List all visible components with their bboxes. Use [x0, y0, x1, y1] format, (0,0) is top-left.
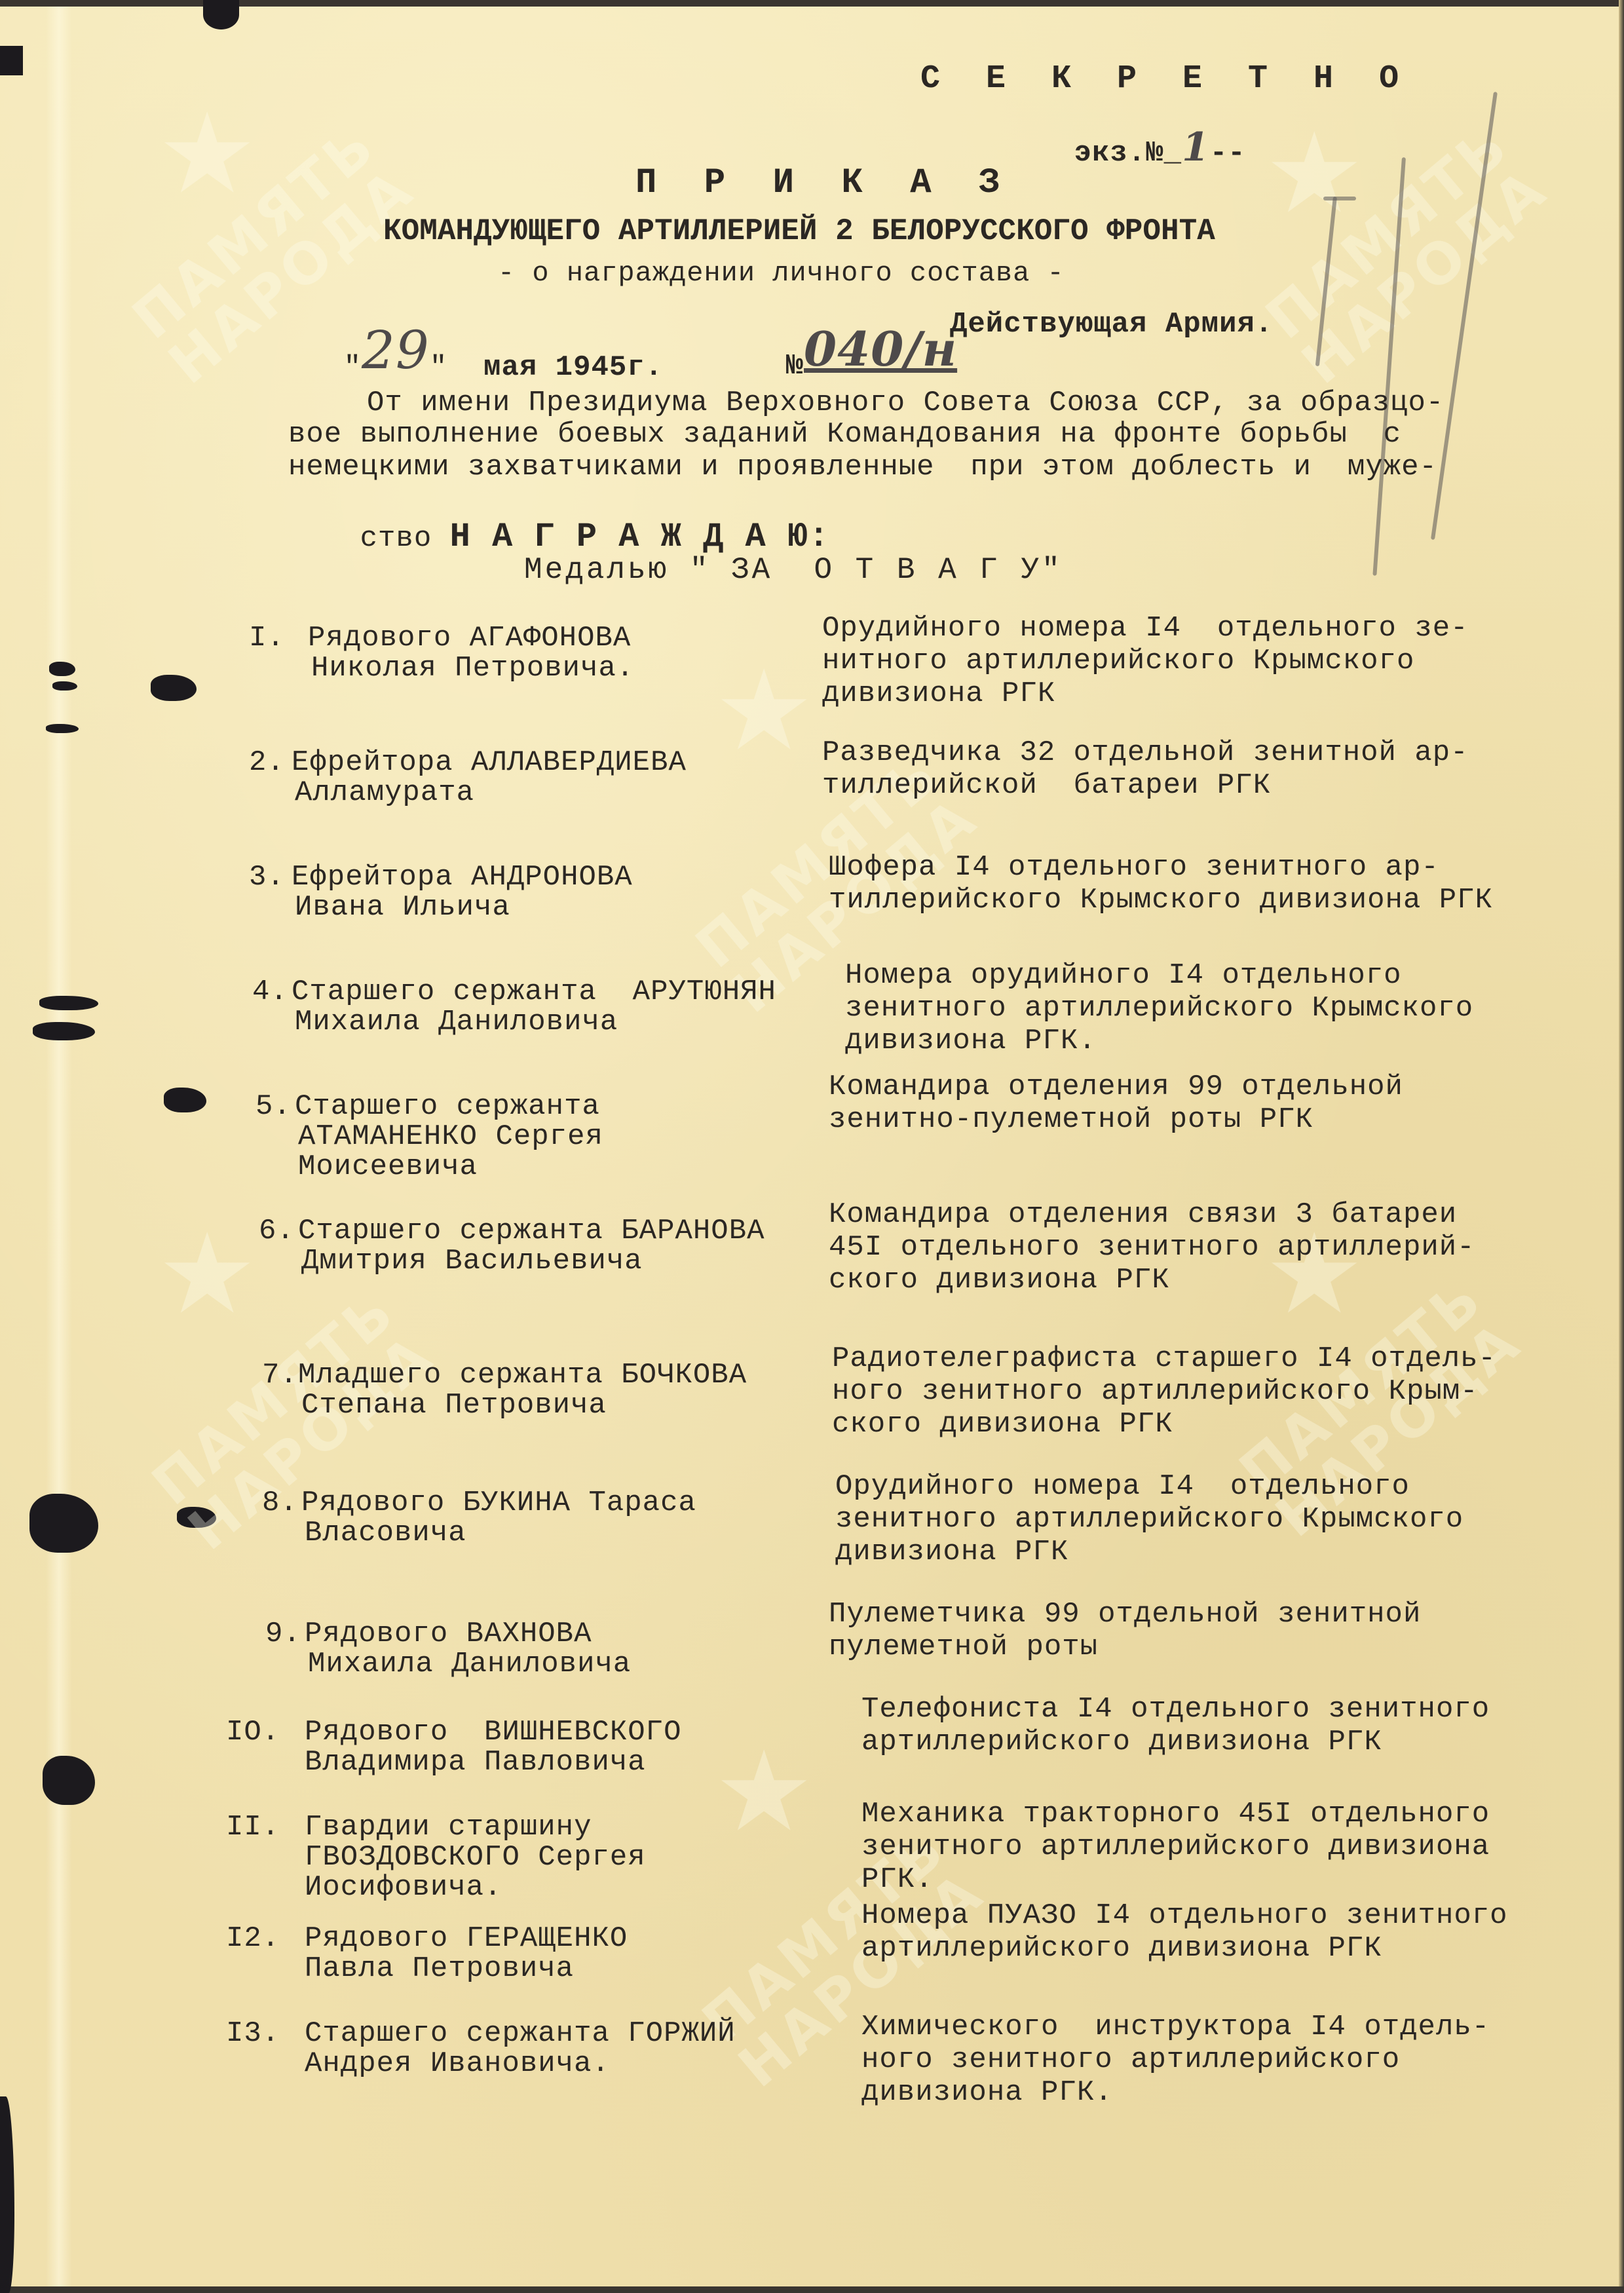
- entry-name-line: Моисеевича: [298, 1151, 478, 1183]
- entry-description-line: дивизиона РГК: [835, 1536, 1068, 1568]
- entry-number: 6.: [259, 1215, 295, 1247]
- entry-description-line: пулеметной роты: [829, 1631, 1098, 1663]
- document-title: П Р И К А З: [635, 167, 1013, 200]
- binding-hole: [52, 681, 77, 691]
- entry-name-line: Власовича: [305, 1517, 466, 1549]
- entry-name-line: Ефрейтора АНДРОНОВА: [292, 862, 633, 894]
- entry-number: I2.: [226, 1923, 280, 1955]
- entry-name-line: Михаила Даниловича: [308, 1648, 631, 1680]
- entry-name-line: Ефрейтора АЛЛАВЕРДИЕВА: [292, 747, 687, 779]
- location: Действующая Армия.: [950, 308, 1273, 341]
- entry-number: I.: [249, 622, 285, 654]
- classification-label: С Е К Р Е Т Н О: [920, 63, 1412, 96]
- entry-name-line: Гвардии старшину: [305, 1811, 592, 1844]
- entry-number: 3.: [249, 862, 285, 894]
- star-icon: ★: [157, 1219, 257, 1330]
- binding-hole: [177, 1507, 216, 1528]
- entry-number: 2.: [249, 747, 285, 779]
- entry-description-line: дивизиона РГК.: [861, 2077, 1113, 2109]
- entry-number: 8.: [262, 1487, 298, 1519]
- scan-edge-right: [1619, 0, 1624, 2293]
- star-icon: ★: [1264, 118, 1364, 229]
- entry-description-line: ного зенитного артиллерийского Крым-: [832, 1376, 1479, 1408]
- entry-description-line: Орудийного номера I4 отдельного: [835, 1471, 1410, 1503]
- entry-name-line: Ивана Ильича: [295, 892, 510, 924]
- entry-description-line: 45I отдельного зенитного артиллерий-: [829, 1232, 1475, 1264]
- entry-name-line: Алламурата: [295, 777, 474, 809]
- entry-description-line: тиллерийского Крымского дивизиона РГК: [829, 884, 1493, 917]
- preamble-line: немецкими захватчиками и проявленные при…: [288, 451, 1437, 483]
- entry-description-line: Командира отделения связи 3 батареи: [829, 1199, 1457, 1231]
- entry-description-line: нитного артиллерийского Крымского: [822, 645, 1414, 677]
- entry-number: 4.: [252, 976, 288, 1008]
- entry-description-line: Номера ПУАЗО I4 отдельного зенитного: [861, 1900, 1508, 1932]
- entry-name-line: Рядового ВАХНОВА: [305, 1618, 592, 1650]
- date-month-year: мая 1945г.: [483, 351, 663, 384]
- entry-name-line: Павла Петровича: [305, 1953, 574, 1985]
- entry-name-line: Младшего сержанта БОЧКОВА: [298, 1359, 747, 1392]
- binding-hole: [29, 1494, 98, 1553]
- entry-description-line: ного зенитного артиллерийского: [861, 2044, 1400, 2076]
- entry-description-line: Орудийного номера I4 отдельного зе-: [822, 613, 1469, 645]
- entry-description-line: зенитного артиллерийского Крымского: [845, 993, 1473, 1025]
- pencil-mark: [1372, 157, 1406, 576]
- scan-edge-top: [0, 0, 1624, 7]
- entry-description-line: Разведчика 32 отдельной зенитной ар-: [822, 737, 1469, 769]
- entry-number: 9.: [265, 1618, 301, 1650]
- order-number-prefix: №: [786, 350, 804, 383]
- entry-description-line: артиллерийского дивизиона РГК: [861, 1726, 1382, 1758]
- document-subtitle: КОМАНДУЮЩЕГО АРТИЛЛЕРИЕЙ 2 БЕЛОРУССКОГО …: [383, 215, 1215, 248]
- entry-name-line: Степана Петровича: [301, 1390, 607, 1422]
- entry-name-line: Старшего сержанта АРУТЮНЯН: [292, 976, 776, 1008]
- entry-description-line: зенитного артиллерийского Крымского: [835, 1504, 1463, 1536]
- entry-name-line: Рядового ВИШНЕВСКОГО: [305, 1716, 682, 1749]
- entry-name-line: Дмитрия Васильевича: [301, 1245, 643, 1278]
- entry-description-line: РГК.: [861, 1864, 934, 1896]
- binding-hole: [49, 662, 75, 676]
- entry-description-line: Механика тракторного 45I отдельного: [861, 1798, 1490, 1830]
- document-subject: - о награждении личного состава -: [498, 257, 1065, 290]
- entry-description-line: Химического инструктора I4 отдель-: [861, 2011, 1490, 2043]
- date-day: 29: [362, 320, 430, 381]
- star-icon: ★: [714, 655, 814, 767]
- entry-description-line: ского дивизиона РГК: [829, 1264, 1170, 1297]
- entry-number: IO.: [226, 1716, 280, 1749]
- paper-fold: [46, 0, 72, 2293]
- medal-heading: Медалью " ЗА О Т В А Г У": [524, 554, 1063, 586]
- entry-description-line: зенитного артиллерийского дивизиона: [861, 1831, 1490, 1863]
- binding-hole: [43, 1756, 95, 1805]
- entry-name-line: Михаила Даниловича: [295, 1006, 618, 1038]
- star-icon: ★: [714, 1736, 814, 1848]
- entry-description-line: Командира отделения 99 отдельной: [829, 1071, 1403, 1103]
- entry-name-line: ГВОЗДОВСКОГО Сергея: [305, 1842, 646, 1874]
- entry-number: I3.: [226, 2018, 280, 2050]
- entry-name-line: Старшего сержанта ГОРЖИЙ: [305, 2018, 736, 2050]
- entry-description-line: артиллерийского дивизиона РГК: [861, 1933, 1382, 1965]
- entry-description-line: тиллерийской батареи РГК: [822, 770, 1271, 802]
- entry-name-line: Иосифовича.: [305, 1872, 502, 1904]
- entry-name-line: Рядового АГАФОНОВА: [308, 622, 631, 654]
- entry-name-line: Старшего сержанта: [295, 1091, 600, 1123]
- binding-hole: [33, 1022, 95, 1040]
- binding-hole: [39, 996, 98, 1010]
- entry-description-line: Пулеметчика 99 отдельной зенитной: [829, 1599, 1421, 1631]
- preamble-line: вое выполнение боевых заданий Командован…: [288, 418, 1401, 451]
- entry-description-line: Телефониста I4 отдельного зенитного: [861, 1694, 1490, 1726]
- order-number-value: 040/н: [804, 321, 957, 377]
- entry-name-line: АТАМАНЕНКО Сергея: [298, 1121, 603, 1153]
- pencil-mark: [1323, 197, 1356, 200]
- document-page: ★ ПАМЯТЬ НАРОДА ★ ПАМЯТЬ НАРОДА ★ ПАМЯТЬ…: [0, 0, 1624, 2293]
- star-icon: ★: [157, 98, 257, 210]
- entry-description-line: дивизиона РГК: [822, 678, 1055, 710]
- entry-name-line: Андрея Ивановича.: [305, 2048, 610, 2080]
- copy-number-suffix: --: [1210, 137, 1246, 170]
- entry-description-line: зенитно-пулеметной роты РГК: [829, 1104, 1313, 1136]
- entry-name-line: Рядового БУКИНА Тараса: [301, 1487, 696, 1519]
- binding-hole: [151, 675, 197, 701]
- copy-number-value: 1: [1182, 124, 1210, 170]
- entry-description-line: Номера орудийного I4 отдельного: [845, 960, 1402, 992]
- scan-edge-bottom: [0, 2286, 1624, 2293]
- binding-hole: [164, 1088, 206, 1112]
- award-verb: Н А Г Р А Ж Д А Ю:: [450, 518, 830, 556]
- paper-tear: [203, 0, 239, 29]
- paper-tear: [0, 46, 23, 75]
- preamble-line: От имени Президиума Верховного Совета Со…: [367, 387, 1444, 419]
- binding-hole: [46, 724, 79, 733]
- pencil-mark: [1315, 197, 1337, 366]
- copy-number-label: экз.№_: [1074, 137, 1182, 170]
- entry-name-line: Владимира Павловича: [305, 1747, 646, 1779]
- paper-tear: [0, 2096, 14, 2293]
- entry-name-line: Старшего сержанта БАРАНОВА: [298, 1215, 765, 1247]
- entry-number: 5.: [255, 1091, 292, 1123]
- entry-number: 7.: [262, 1359, 298, 1392]
- entry-description-line: ского дивизиона РГК: [832, 1409, 1173, 1441]
- entry-description-line: Шофера I4 отдельного зенитного ар-: [829, 852, 1439, 884]
- entry-name-line: Рядового ГЕРАЩЕНКО: [305, 1923, 628, 1955]
- copy-number: экз.№_1--: [1002, 98, 1246, 202]
- watermark: ПАМЯТЬ НАРОДА: [1256, 115, 1558, 394]
- entry-description-line: дивизиона РГК.: [845, 1025, 1097, 1057]
- entry-description-line: Радиотелеграфиста старшего I4 отдель-: [832, 1343, 1496, 1375]
- entry-number: II.: [226, 1811, 280, 1844]
- entry-name-line: Николая Петровича.: [311, 653, 634, 685]
- pencil-mark: [1431, 92, 1498, 540]
